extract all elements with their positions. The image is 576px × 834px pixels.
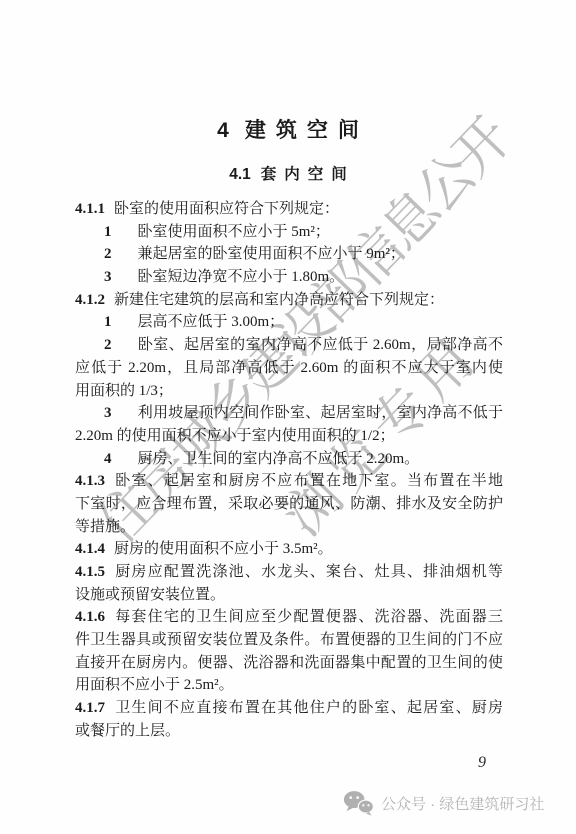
- doc-line-3: 3卧室短边净宽不应小于 1.80m。: [75, 266, 503, 289]
- clause-number: 4.1.6: [75, 609, 105, 625]
- line-text: 卧室短边净宽不应小于 1.80m。: [138, 269, 345, 285]
- line-text: 每套住宅的卫生间应至少配置便器、洗浴器、洗面器三: [114, 609, 503, 625]
- chapter-number: 4: [217, 119, 229, 142]
- line-text: 用面积不应小于 2.5m²。: [75, 677, 234, 693]
- line-text: 或餐厅的上层。: [75, 723, 180, 739]
- clause-number: 4: [104, 451, 112, 467]
- line-text: 卫生间不应直接布置在其他住户的卧室、起居室、厨房: [114, 700, 503, 716]
- doc-line: 设施或预留安装位置。: [75, 584, 503, 607]
- doc-line: 直接开在厨房内。便器、洗浴器和洗面器集中配置的卫生间的使: [75, 652, 503, 675]
- footer: 公众号 · 绿色建筑研习社: [343, 790, 544, 816]
- clause-number: 4.1.7: [75, 700, 105, 716]
- line-text: 2.20m 的使用面积不应小于室内使用面积的 1/2；: [75, 428, 395, 444]
- line-text: 应低于 2.20m，且局部净高低于 2.60m 的面积不应大于室内使: [75, 360, 503, 376]
- chapter-title: 4建筑空间: [0, 117, 576, 144]
- doc-line-1: 1层高不应低于 3.00m；: [75, 311, 503, 334]
- doc-line-4.1.4: 4.1.4厨房的使用面积不应小于 3.5m²。: [75, 538, 503, 561]
- page-number: 9: [478, 754, 486, 772]
- line-text: 层高不应低于 3.00m；: [138, 314, 285, 330]
- doc-line: 或餐厅的上层。: [75, 720, 503, 743]
- line-text: 等措施。: [75, 519, 135, 535]
- doc-line: 用面积不应小于 2.5m²。: [75, 674, 503, 697]
- clause-number: 4.1.2: [75, 292, 105, 308]
- line-text: 直接开在厨房内。便器、洗浴器和洗面器集中配置的卫生间的使: [75, 655, 503, 671]
- clause-number: 4.1.3: [75, 473, 105, 489]
- line-text: 兼起居室的卧室使用面积不应小于 9m²；: [138, 246, 405, 262]
- line-text: 利用坡屋顶内空间作卧室、起居室时，室内净高不低于: [138, 405, 504, 421]
- doc-line-4.1.6: 4.1.6每套住宅的卫生间应至少配置便器、洗浴器、洗面器三: [75, 606, 503, 629]
- line-text: 厨房、卫生间的室内净高不应低于 2.20m。: [138, 451, 420, 467]
- line-text: 厨房的使用面积不应小于 3.5m²。: [114, 541, 333, 557]
- doc-line-2: 2兼起居室的卧室使用面积不应小于 9m²；: [75, 243, 503, 266]
- footer-account-text: 公众号 · 绿色建筑研习社: [381, 793, 544, 814]
- wechat-icon: [343, 790, 374, 816]
- section-heading: 4.1套内空间: [0, 164, 576, 185]
- section-title-text: 套内空间: [261, 166, 355, 183]
- doc-line-4.1.3: 4.1.3卧室、起居室和厨房不应布置在地下室。当布置在半地: [75, 470, 503, 493]
- doc-line: 等措施。: [75, 516, 503, 539]
- clause-number: 2: [104, 246, 112, 262]
- line-text: 用面积的 1/3；: [75, 383, 173, 399]
- document-body: 4.1.1卧室的使用面积应符合下列规定：1卧室使用面积不应小于 5m²；2兼起居…: [75, 198, 503, 743]
- doc-line-1: 1卧室使用面积不应小于 5m²；: [75, 221, 503, 244]
- line-text: 厨房应配置洗涤池、水龙头、案台、灶具、排油烟机等: [114, 564, 503, 580]
- clause-number: 3: [104, 405, 112, 421]
- doc-line: 2.20m 的使用面积不应小于室内使用面积的 1/2；: [75, 425, 503, 448]
- clause-number: 4.1.4: [75, 541, 105, 557]
- line-text: 新建住宅建筑的层高和室内净高应符合下列规定：: [114, 292, 444, 308]
- clause-number: 4.1.1: [75, 201, 105, 217]
- doc-line-3: 3利用坡屋顶内空间作卧室、起居室时，室内净高不低于: [75, 402, 503, 425]
- clause-number: 3: [104, 269, 112, 285]
- doc-line-4.1.2: 4.1.2新建住宅建筑的层高和室内净高应符合下列规定：: [75, 289, 503, 312]
- line-text: 下室时，应合理布置，采取必要的通风、防潮、排水及安全防护: [75, 496, 503, 512]
- page-content: 4建筑空间 4.1套内空间 4.1.1卧室的使用面积应符合下列规定：1卧室使用面…: [0, 0, 576, 834]
- chapter-title-text: 建筑空间: [245, 119, 369, 142]
- line-text: 卧室、起居室和厨房不应布置在地下室。当布置在半地: [114, 473, 503, 489]
- doc-line-4.1.7: 4.1.7卫生间不应直接布置在其他住户的卧室、起居室、厨房: [75, 697, 503, 720]
- clause-number: 1: [104, 224, 112, 240]
- clause-number: 4.1.5: [75, 564, 105, 580]
- section-number: 4.1: [229, 166, 251, 183]
- line-text: 卧室、起居室的室内净高不应低于 2.60m，局部净高不: [138, 337, 504, 353]
- document-page: 住房城乡建设部信息公开 浏览专用 4建筑空间 4.1套内空间 4.1.1卧室的使…: [0, 0, 576, 834]
- doc-line: 用面积的 1/3；: [75, 380, 503, 403]
- doc-line-4.1.5: 4.1.5厨房应配置洗涤池、水龙头、案台、灶具、排油烟机等: [75, 561, 503, 584]
- doc-line-4.1.1: 4.1.1卧室的使用面积应符合下列规定：: [75, 198, 503, 221]
- clause-number: 1: [104, 314, 112, 330]
- doc-line: 件卫生器具或预留安装位置及条件。布置便器的卫生间的门不应: [75, 629, 503, 652]
- line-text: 设施或预留安装位置。: [75, 587, 225, 603]
- line-text: 卧室的使用面积应符合下列规定：: [114, 201, 339, 217]
- line-text: 卧室使用面积不应小于 5m²；: [138, 224, 330, 240]
- line-text: 件卫生器具或预留安装位置及条件。布置便器的卫生间的门不应: [75, 632, 503, 648]
- doc-line-4: 4厨房、卫生间的室内净高不应低于 2.20m。: [75, 448, 503, 471]
- doc-line-2: 2卧室、起居室的室内净高不应低于 2.60m，局部净高不: [75, 334, 503, 357]
- doc-line: 下室时，应合理布置，采取必要的通风、防潮、排水及安全防护: [75, 493, 503, 516]
- clause-number: 2: [104, 337, 112, 353]
- doc-line: 应低于 2.20m，且局部净高低于 2.60m 的面积不应大于室内使: [75, 357, 503, 380]
